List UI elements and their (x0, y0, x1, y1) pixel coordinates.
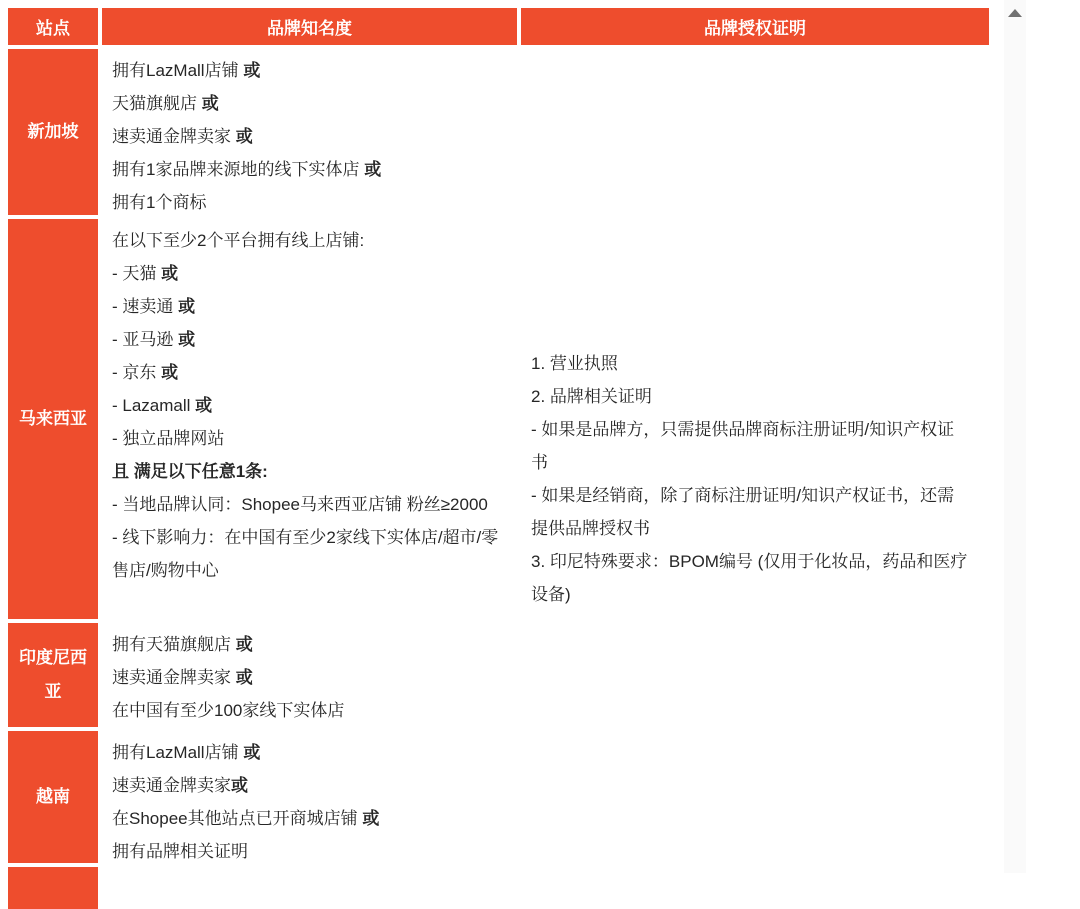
proof-line: - 如果是经销商，除了商标注册证明/知识产权证书，还需提供品牌授权书 (531, 479, 969, 545)
or-keyword: 或 (236, 127, 253, 146)
or-keyword: 或 (364, 160, 381, 179)
brand-awareness-cell: 拥有LazMall店铺 或天猫旗舰店 或速卖通金牌卖家 或拥有1家品牌来源地的线… (102, 49, 517, 215)
scrollbar-track[interactable] (1004, 0, 1026, 873)
criteria-text: 速卖通金牌卖家 (112, 127, 236, 146)
criteria-line: - 线下影响力：在中国有至少2家线下实体店/超市/零售店/购物中心 (112, 521, 511, 587)
criteria-text: - Lazamall (112, 396, 195, 415)
or-keyword: 或 (236, 635, 253, 654)
header-cell-site: 站点 (8, 8, 98, 45)
brand-awareness-cell: 拥有LazMall店铺 或速卖通金牌卖家或在Shopee其他站点已开商城店铺 或… (102, 731, 517, 863)
criteria-text: 拥有品牌相关证明 (112, 842, 248, 861)
criteria-line: - Lazamall 或 (112, 389, 511, 422)
criteria-line: 速卖通金牌卖家 或 (112, 661, 511, 694)
or-keyword: 或 (236, 668, 253, 687)
criteria-text: 速卖通金牌卖家 (112, 668, 236, 687)
criteria-line: - 速卖通 或 (112, 290, 511, 323)
proof-line: - 如果是品牌方，只需提供品牌商标注册证明/知识产权证书 (531, 413, 969, 479)
or-keyword: 或 (231, 776, 248, 795)
criteria-line: 拥有1个商标 (112, 186, 511, 215)
up-arrow-icon (1008, 9, 1022, 17)
criteria-text: - 亚马逊 (112, 330, 178, 349)
site-cell-partial (8, 867, 98, 873)
criteria-text: - 京东 (112, 363, 161, 382)
brand-awareness-cell: 在以下至少2个平台拥有线上店铺:- 天猫 或- 速卖通 或- 亚马逊 或- 京东… (102, 219, 517, 619)
or-keyword: 或 (362, 809, 379, 828)
or-keyword: 或 (243, 61, 260, 80)
or-keyword: 或 (178, 297, 195, 316)
criteria-text: 拥有1个商标 (112, 193, 206, 212)
proof-line: 3. 印尼特殊要求：BPOM编号 (仅用于化妆品，药品和医疗设备) (531, 545, 969, 611)
criteria-text: 拥有1家品牌来源地的线下实体店 (112, 160, 364, 179)
criteria-text: 在中国有至少100家线下实体店 (112, 701, 344, 720)
criteria-line: 速卖通金牌卖家 或 (112, 120, 511, 153)
criteria-line: 拥有LazMall店铺 或 (112, 54, 511, 87)
criteria-line: 拥有LazMall店铺 或 (112, 736, 511, 769)
criteria-line: 在以下至少2个平台拥有线上店铺: (112, 224, 511, 257)
criteria-text: 天猫旗舰店 (112, 94, 202, 113)
or-keyword: 或 (243, 743, 260, 762)
criteria-text: 在以下至少2个平台拥有线上店铺: (112, 231, 364, 250)
criteria-line: 且 满足以下任意1条: (112, 455, 511, 488)
scroll-up-button[interactable] (1004, 0, 1026, 26)
criteria-line: - 京东 或 (112, 356, 511, 389)
criteria-line: - 亚马逊 或 (112, 323, 511, 356)
qualification-table: 站点 品牌知名度 品牌授权证明 新加坡拥有LazMall店铺 或天猫旗舰店 或速… (8, 8, 989, 873)
or-keyword: 或 (178, 330, 195, 349)
criteria-line: 速卖通金牌卖家或 (112, 769, 511, 802)
criteria-line: 天猫旗舰店 或 (112, 87, 511, 120)
proof-line: 2. 品牌相关证明 (531, 380, 969, 413)
or-keyword: 或 (161, 363, 178, 382)
criteria-line: 拥有品牌相关证明 (112, 835, 511, 863)
criteria-text: 速卖通金牌卖家 (112, 776, 231, 795)
criteria-text: - 速卖通 (112, 297, 178, 316)
criteria-text: 在Shopee其他站点已开商城店铺 (112, 809, 362, 828)
or-keyword: 且 满足以下任意1条: (112, 462, 268, 481)
criteria-text: - 线下影响力：在中国有至少2家线下实体店/超市/零售店/购物中心 (112, 528, 498, 580)
criteria-text: - 当地品牌认同：Shopee马来西亚店铺 粉丝≥2000 (112, 495, 488, 514)
criteria-line: - 当地品牌认同：Shopee马来西亚店铺 粉丝≥2000 (112, 488, 511, 521)
brand-awareness-cell: 拥有天猫旗舰店 或速卖通金牌卖家 或在中国有至少100家线下实体店 (102, 623, 517, 727)
header-cell-brand-awareness: 品牌知名度 (102, 8, 517, 45)
header-cell-brand-authorization-proof: 品牌授权证明 (521, 8, 989, 45)
site-cell: 新加坡 (8, 49, 98, 215)
brand-authorization-proof-cell: 1. 营业执照2. 品牌相关证明- 如果是品牌方，只需提供品牌商标注册证明/知识… (521, 49, 989, 873)
proof-line: 1. 营业执照 (531, 347, 969, 380)
criteria-text: - 天猫 (112, 264, 161, 283)
or-keyword: 或 (202, 94, 219, 113)
site-cell: 印度尼西亚 (8, 623, 98, 727)
criteria-line: 拥有天猫旗舰店 或 (112, 628, 511, 661)
criteria-line: - 独立品牌网站 (112, 422, 511, 455)
criteria-text: 拥有LazMall店铺 (112, 743, 243, 762)
criteria-text: 拥有天猫旗舰店 (112, 635, 236, 654)
criteria-text: 拥有LazMall店铺 (112, 61, 243, 80)
site-cell: 越南 (8, 731, 98, 863)
criteria-line: 拥有1家品牌来源地的线下实体店 或 (112, 153, 511, 186)
criteria-text: - 独立品牌网站 (112, 429, 224, 448)
site-cell: 马来西亚 (8, 219, 98, 619)
or-keyword: 或 (161, 264, 178, 283)
criteria-line: 在中国有至少100家线下实体店 (112, 694, 511, 727)
criteria-line: - 天猫 或 (112, 257, 511, 290)
criteria-line: 在Shopee其他站点已开商城店铺 或 (112, 802, 511, 835)
or-keyword: 或 (195, 396, 212, 415)
